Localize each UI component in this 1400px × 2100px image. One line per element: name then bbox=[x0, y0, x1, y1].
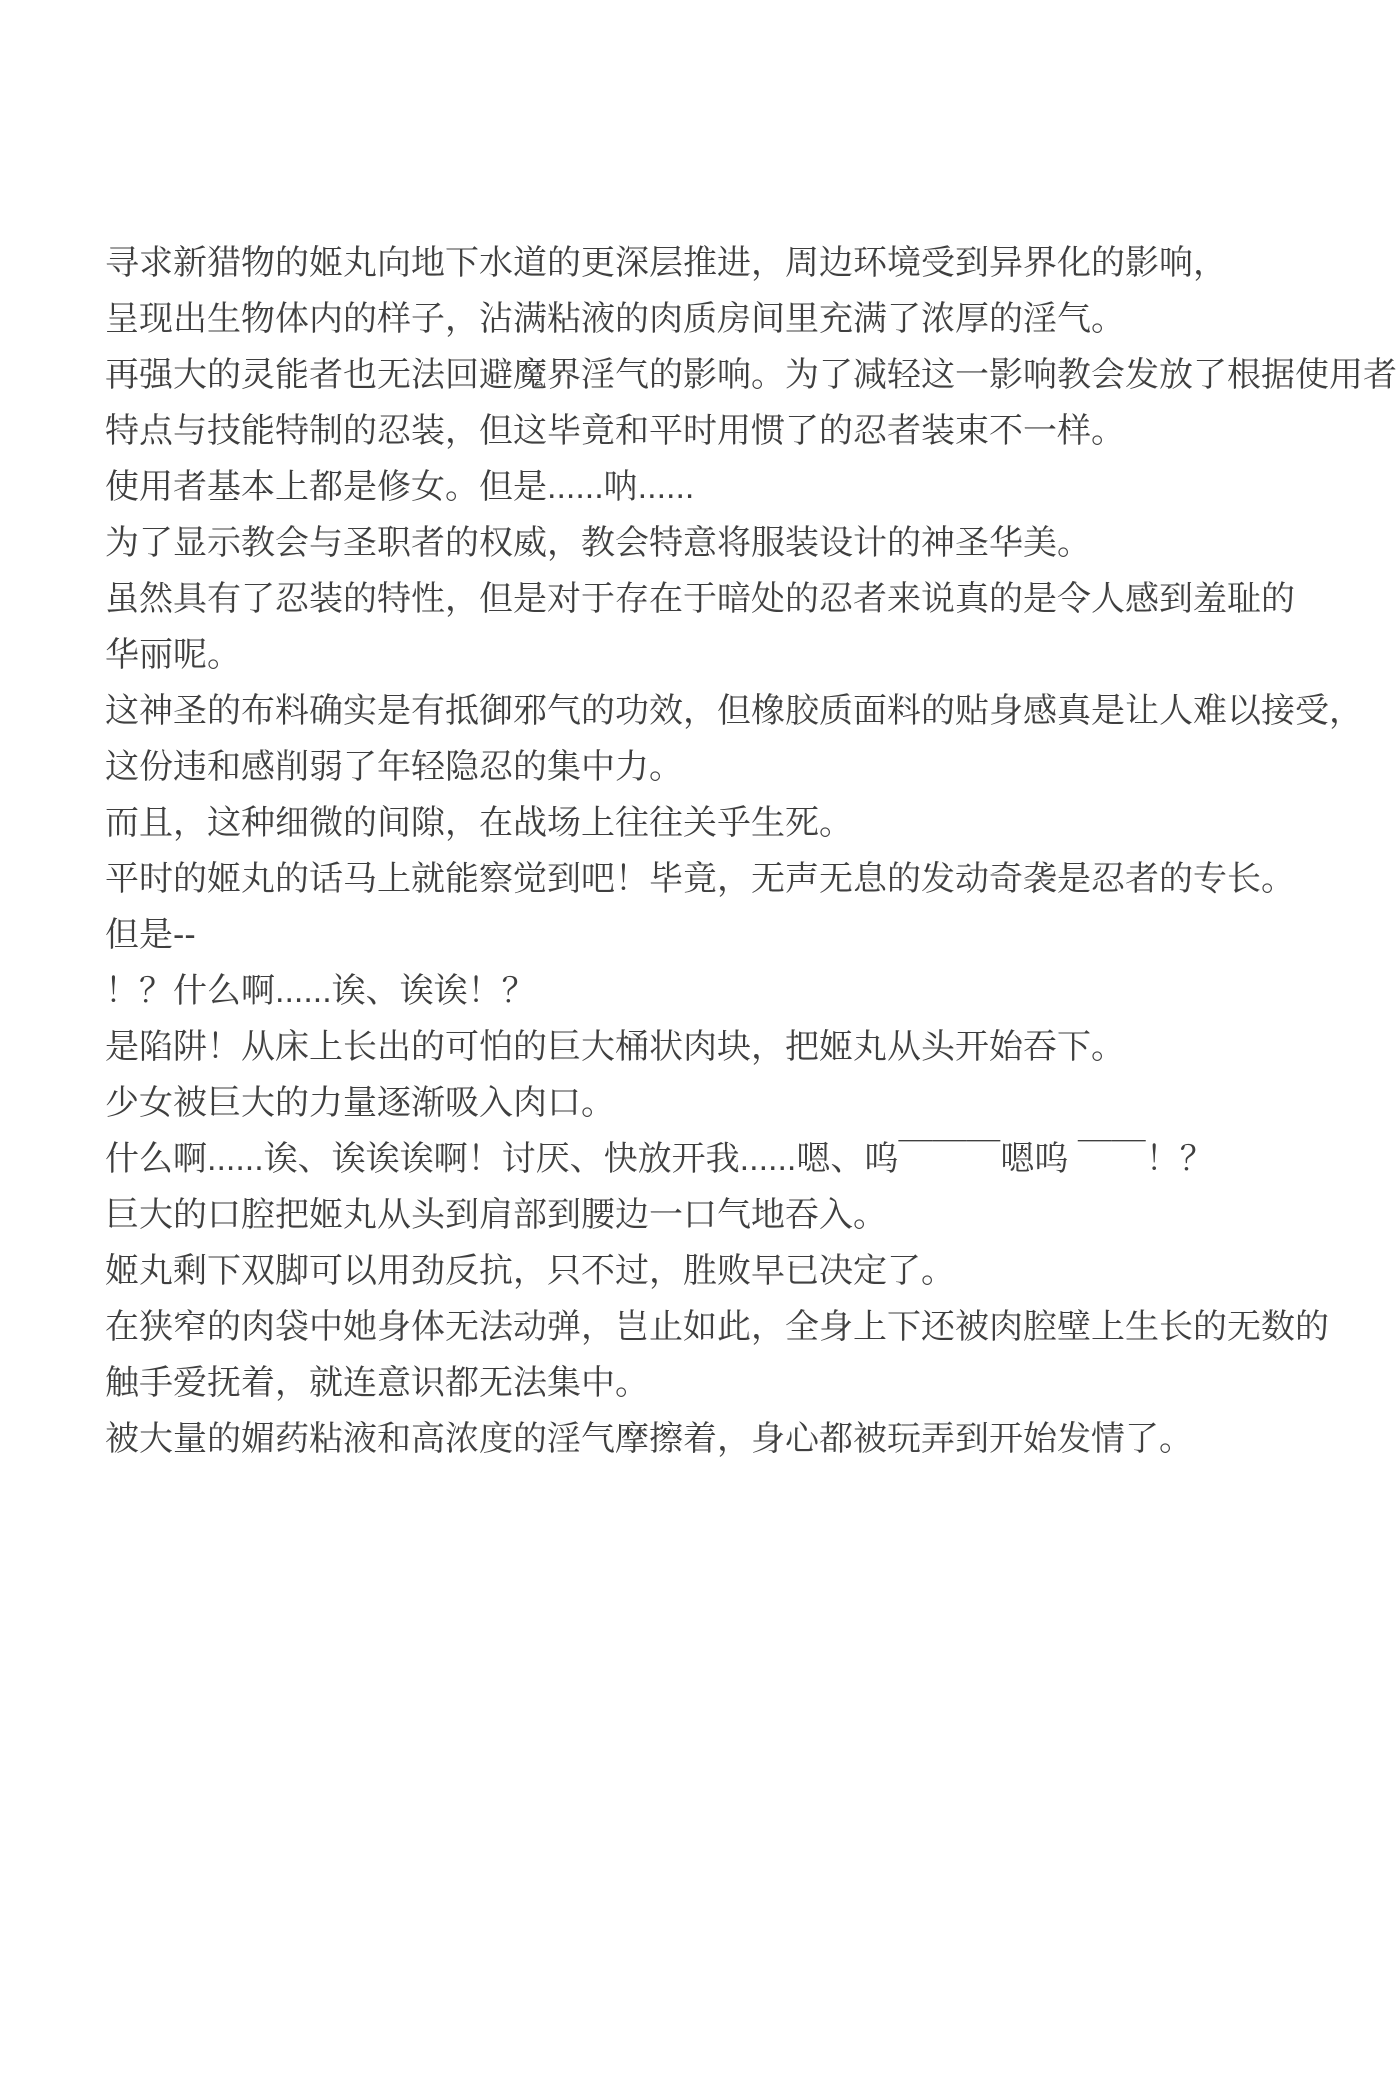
text-line: ！？什么啊......诶、诶诶！？ bbox=[105, 963, 1400, 1019]
text-line: 被大量的媚药粘液和高浓度的淫气摩擦着，身心都被玩弄到开始发情了。 bbox=[105, 1411, 1400, 1467]
text-line: 是陷阱！从床上长出的可怕的巨大桶状肉块，把姬丸从头开始吞下。 bbox=[105, 1019, 1400, 1075]
text-line: 呈现出生物体内的样子，沾满粘液的肉质房间里充满了浓厚的淫气。 bbox=[105, 291, 1400, 347]
text-line: 华丽呢。 bbox=[105, 627, 1400, 683]
text-line: 特点与技能特制的忍装，但这毕竟和平时用惯了的忍者装束不一样。 bbox=[105, 403, 1400, 459]
text-line: 什么啊......诶、诶诶诶啊！讨厌、快放开我......嗯、呜￣￣￣嗯呜 ￣￣… bbox=[105, 1131, 1400, 1187]
text-line: 但是-- bbox=[105, 907, 1400, 963]
text-line: 触手爱抚着，就连意识都无法集中。 bbox=[105, 1355, 1400, 1411]
document-page: 寻求新猎物的姬丸向地下水道的更深层推进，周边环境受到异界化的影响，呈现出生物体内… bbox=[0, 0, 1400, 2100]
text-line: 这份违和感削弱了年轻隐忍的集中力。 bbox=[105, 739, 1400, 795]
text-line: 再强大的灵能者也无法回避魔界淫气的影响。为了减轻这一影响教会发放了根据使用者 bbox=[105, 347, 1400, 403]
text-line: 而且，这种细微的间隙，在战场上往往关乎生死。 bbox=[105, 795, 1400, 851]
text-line: 这神圣的布料确实是有抵御邪气的功效，但橡胶质面料的贴身感真是让人难以接受， bbox=[105, 683, 1400, 739]
text-line: 巨大的口腔把姬丸从头到肩部到腰边一口气地吞入。 bbox=[105, 1187, 1400, 1243]
text-block: 寻求新猎物的姬丸向地下水道的更深层推进，周边环境受到异界化的影响，呈现出生物体内… bbox=[105, 235, 1400, 1467]
text-line: 为了显示教会与圣职者的权威，教会特意将服装设计的神圣华美。 bbox=[105, 515, 1400, 571]
text-line: 使用者基本上都是修女。但是......呐...... bbox=[105, 459, 1400, 515]
text-line: 少女被巨大的力量逐渐吸入肉口。 bbox=[105, 1075, 1400, 1131]
text-line: 寻求新猎物的姬丸向地下水道的更深层推进，周边环境受到异界化的影响， bbox=[105, 235, 1400, 291]
text-line: 在狭窄的肉袋中她身体无法动弹，岂止如此，全身上下还被肉腔壁上生长的无数的 bbox=[105, 1299, 1400, 1355]
text-line: 平时的姬丸的话马上就能察觉到吧！毕竟，无声无息的发动奇袭是忍者的专长。 bbox=[105, 851, 1400, 907]
text-line: 虽然具有了忍装的特性，但是对于存在于暗处的忍者来说真的是令人感到羞耻的 bbox=[105, 571, 1400, 627]
text-line: 姬丸剩下双脚可以用劲反抗，只不过，胜败早已决定了。 bbox=[105, 1243, 1400, 1299]
